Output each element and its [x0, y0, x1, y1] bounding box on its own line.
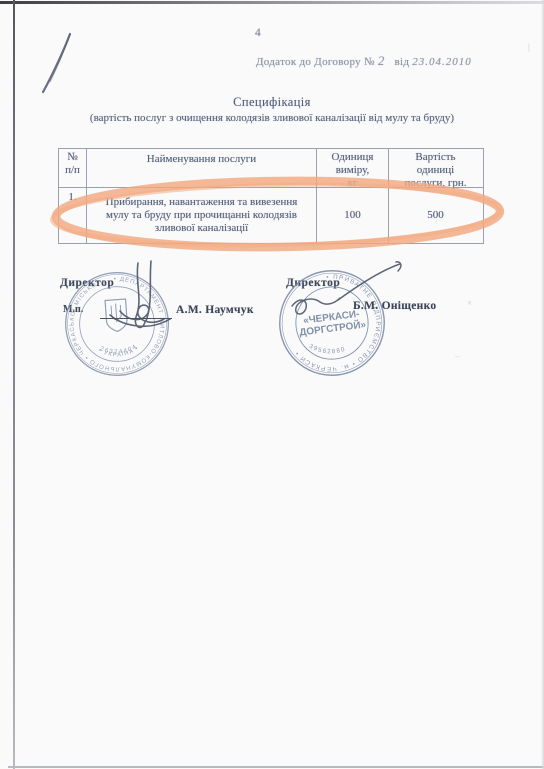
- scan-speck: ×: [467, 298, 472, 308]
- svg-text:39562880: 39562880: [307, 339, 347, 359]
- appendix-line: Додаток до Договору № 2 від 23.04.2010: [256, 53, 518, 69]
- signatory-name-right: Б.М. Оніщенко: [353, 300, 436, 312]
- doc-subtitle: (вартість послуг з очищення колодязів зл…: [0, 112, 544, 124]
- appendix-middle: від: [394, 56, 409, 68]
- pen-mark: [36, 28, 80, 100]
- contract-number-handwritten: 2: [378, 53, 386, 68]
- signature-line-left: [100, 318, 172, 319]
- highlight-ellipse: [38, 168, 516, 264]
- appendix-prefix: Додаток до Договору №: [256, 56, 375, 68]
- signatory-name-left: А.М. Наумчук: [176, 304, 254, 316]
- scan-speck: ~: [455, 352, 460, 362]
- scan-edge-top: [0, 1, 544, 4]
- stamp-right-code: 39562880: [307, 339, 347, 359]
- signature-scribble-left: [92, 255, 212, 347]
- page-number: 4: [255, 27, 261, 39]
- doc-title: Специфікація: [0, 95, 544, 110]
- scan-edge-bottom: [8, 766, 544, 768]
- scanned-document-page: 4 Додаток до Договору № 2 від 23.04.2010…: [0, 0, 544, 769]
- contract-date-handwritten: 23.04.2010: [412, 56, 472, 68]
- scan-speck: |: [528, 42, 530, 52]
- signature-scribble-right: [284, 258, 424, 334]
